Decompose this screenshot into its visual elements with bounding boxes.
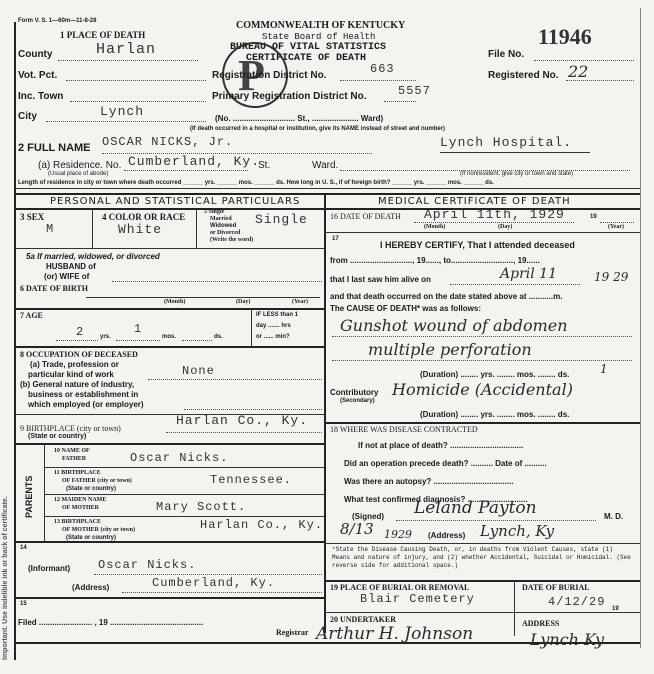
color-label: 4 COLOR OR RACE (102, 212, 185, 222)
reg-district-label: Registration District No. (212, 70, 326, 81)
attended-from-to: from ............................, 19...… (330, 256, 540, 265)
or-min-label: or ...... min? (256, 334, 290, 340)
employer-line (184, 409, 322, 410)
occupation-a-2: particular kind of work (28, 370, 114, 379)
inc-town-label: Inc. Town (18, 91, 63, 102)
divider (324, 422, 640, 424)
death-certificate: Form V. S. 1—60m—11-8-28 1 PLACE OF DEAT… (0, 0, 654, 674)
cause-label: The CAUSE OF DEATH* was as follows: (330, 304, 481, 313)
informant-number: 14 (20, 545, 27, 551)
burial-place-value: Blair Cemetery (360, 592, 475, 606)
mother-bp-label-2: OF MOTHER (city or town) (62, 527, 135, 533)
file-no-line (534, 60, 634, 61)
occupation-b-2: business or establishment in (28, 390, 138, 399)
marital-label-5: (Write the word) (210, 237, 253, 243)
death-time-line: and that death occurred on the date stat… (330, 292, 563, 301)
divider (16, 346, 324, 348)
age-mos-label: mos. (162, 334, 176, 340)
cause-line-2 (332, 360, 632, 361)
age-months-line (116, 340, 160, 341)
full-name-label: 2 FULL NAME (18, 142, 91, 154)
year-line (600, 222, 634, 223)
reg-district-line (340, 80, 416, 81)
mother-label-1: 12 MAIDEN NAME (54, 497, 106, 503)
mother-birthplace-value: Harlan Co., Ky. (200, 518, 323, 532)
primary-reg-line (384, 101, 416, 102)
signed-date: 8/13 (340, 520, 374, 538)
signed-address-value: Lynch, Ky (480, 522, 554, 540)
residence-line (124, 170, 248, 171)
dob-year-label: (Year) (292, 299, 308, 305)
marital-label-4: or Divorced (210, 230, 240, 236)
primary-reg-value: 5557 (398, 84, 431, 98)
hospital-value: Lynch Hospital. (440, 135, 572, 150)
divider (16, 443, 324, 445)
dod-month-label: (Month) (424, 224, 445, 230)
mother-label-2: OF MOTHER (62, 505, 99, 511)
informant-address-label: (Address) (72, 583, 109, 592)
column-divider (324, 193, 326, 633)
spouse-label-1: 5a If married, widowed, or divorced (26, 252, 160, 261)
spouse-line (112, 281, 322, 282)
divider (44, 516, 324, 517)
city-value: Lynch (100, 104, 144, 119)
informant-value: Oscar Nicks. (98, 558, 196, 572)
street-ward-line: (No. ............................ St., .… (215, 114, 383, 123)
occupation-label: 8 OCCUPATION OF DECEASED (20, 350, 138, 359)
divider (44, 443, 45, 541)
divider (16, 541, 324, 543)
contributory-label: Contributory (330, 388, 378, 397)
occupation-b-3: which employed (or employer) (28, 400, 144, 409)
father-bp-label-2: OF FATHER (city or town) (62, 478, 132, 484)
filed-number: 15 (20, 601, 27, 607)
physician-signature: Leland Payton (414, 498, 537, 518)
divider (324, 580, 640, 582)
street-label: St. (258, 160, 270, 171)
date-of-death-label: 16 DATE OF DEATH (330, 212, 401, 221)
residence-value: Cumberland, Ky. (128, 154, 260, 169)
mother-bp-label-1: 13 BIRTHPLACE (54, 519, 101, 525)
nonresident-note: (If nonresident, give city or town and s… (460, 171, 573, 177)
marital-label-2: Married (210, 216, 232, 222)
hospital-note: (If death occurred in a hospital or inst… (190, 126, 445, 132)
occupation-a-1: (a) Trade, profession or (30, 360, 119, 369)
registered-no-value: 22 (568, 62, 588, 81)
spouse-label-2: HUSBAND of (46, 262, 96, 271)
divider (324, 612, 640, 613)
personal-heading: PERSONAL AND STATISTICAL PARTICULARS (50, 196, 300, 207)
burial-date-value: 4/12/29 (548, 595, 605, 609)
occupation-value: None (182, 364, 215, 378)
father-label-2: FATHER (62, 456, 86, 462)
certify-text: I HEREBY CERTIFY, That I attended deceas… (380, 240, 575, 250)
informant-line (94, 574, 322, 575)
place-of-death-heading: 1 PLACE OF DEATH (60, 30, 145, 40)
mother-value: Mary Scott. (156, 500, 246, 514)
left-border (14, 22, 16, 660)
primary-reg-label: Primary Registration District No. (212, 91, 366, 102)
less-than-label: IF LESS than 1 (256, 312, 298, 318)
father-value: Oscar Nicks. (130, 451, 228, 465)
cause-primary-2: multiple perforation (368, 340, 532, 359)
item-18-label: 18 WHERE WAS DISEASE CONTRACTED (330, 425, 478, 434)
birthplace-sub: (State or country) (28, 433, 86, 440)
dod-day-label: (Day) (498, 224, 512, 230)
cause-primary-1: Gunshot wound of abdomen (340, 316, 568, 335)
secondary-label: (Secondary) (340, 398, 375, 404)
county-label: County (18, 49, 52, 60)
age-label: 7 AGE (20, 311, 43, 320)
residence-label: (a) Residence. No. (38, 160, 121, 171)
undertaker-signature: Arthur H. Johnson (316, 624, 473, 644)
divider (16, 188, 640, 189)
birthplace-value: Harlan Co., Ky. (176, 413, 308, 428)
vot-pct-label: Vot. Pct. (18, 70, 57, 81)
divider (16, 308, 324, 310)
margin-note: Important. Use indelible ink or back of … (2, 496, 9, 660)
md-label: M. D. (604, 512, 623, 521)
registrar-label: Registrar (276, 628, 308, 637)
divider (196, 208, 197, 248)
occupation-line (148, 379, 322, 380)
hospital-line (440, 152, 590, 153)
father-label-1: 10 NAME OF (54, 448, 90, 454)
age-years-value: 2 (76, 325, 84, 339)
question-operation: Did an operation precede death? ........… (344, 459, 547, 468)
last-saw-label: that I last saw him alive on (330, 275, 431, 284)
reg-district-value: 663 (370, 62, 395, 76)
informant-label: (Informant) (28, 564, 70, 573)
age-ds-label: ds. (214, 334, 223, 340)
birthplace-line (166, 432, 322, 433)
signature-line (396, 520, 596, 521)
question-autopsy: Was there an autopsy? ..................… (344, 477, 514, 486)
county-line (58, 60, 198, 61)
age-days-line (182, 340, 212, 341)
signed-address-label: (Address) (428, 531, 465, 540)
full-name-value: OSCAR NICKS, Jr. (102, 135, 233, 149)
date-of-death-line (414, 222, 574, 223)
inc-town-line (70, 101, 206, 102)
marital-label-1: 5 Single (204, 209, 224, 215)
informant-address-line (122, 592, 322, 593)
medical-heading: MEDICAL CERTIFICATE OF DEATH (378, 196, 571, 207)
sex-value: M (46, 222, 54, 236)
last-saw-value: April 11 (500, 266, 557, 282)
divider (251, 308, 252, 346)
item-17-number: 17 (332, 236, 339, 242)
city-label: City (18, 111, 37, 122)
last-saw-line (450, 284, 580, 285)
date-of-death-value: April 11th, 1929 (424, 207, 565, 222)
undertaker-address-label: ADDRESS (522, 619, 559, 628)
filed-line: Filed ........................ , 19 ....… (18, 618, 203, 627)
cause-line-1 (332, 336, 632, 337)
cause-footnote: *State the Disease Causing Death, or, in… (332, 546, 632, 570)
duration-line-1: (Duration) ........ yrs. ........ mos. .… (420, 370, 569, 379)
divider (92, 208, 93, 248)
marital-value: Single (255, 212, 308, 227)
dob-month-label: (Month) (164, 299, 185, 305)
spouse-label-3: (or) WIFE of (44, 272, 89, 281)
divider (16, 597, 324, 599)
contributory-value: Homicide (Accidental) (392, 380, 573, 399)
dob-line (86, 297, 320, 298)
dob-day-label: (Day) (236, 299, 250, 305)
marital-label-3: Widowed (210, 223, 236, 229)
file-number: 11946 (538, 24, 592, 50)
duration-days: 1 (600, 362, 608, 376)
county-value: Harlan (96, 41, 156, 58)
birthplace-label: 9 BIRTHPLACE (city or town) (20, 424, 121, 433)
signed-year: 1929 (384, 528, 412, 541)
father-bp-label-1: 11 BIRTHPLACE (54, 470, 101, 476)
vot-pct-line (66, 80, 206, 81)
day-hrs-label: day ....... hrs (256, 323, 291, 329)
form-code: Form V. S. 1—60m—11-8-28 (18, 18, 96, 24)
divider (44, 467, 324, 468)
divider (514, 580, 515, 636)
burial-date-label: DATE OF BURIAL (522, 583, 590, 592)
dob-label: 6 DATE OF BIRTH (20, 284, 88, 293)
sex-label: 3 SEX (20, 212, 44, 222)
divider (324, 543, 640, 544)
burial-place-label: 19 PLACE OF BURIAL OR REMOVAL (330, 583, 469, 592)
informant-address-value: Cumberland, Ky. (152, 576, 275, 590)
parents-label: PARENTS (24, 476, 34, 518)
father-bp-label-3: (State or country) (66, 486, 116, 492)
divider (16, 248, 324, 249)
header-board: State Board of Health (262, 32, 375, 42)
age-yrs-label: yrs. (100, 334, 111, 340)
question-place: If not at place of death? ..............… (358, 441, 523, 450)
length-of-residence: Length of residence in city or town wher… (18, 180, 494, 186)
last-saw-year: 19 29 (594, 270, 628, 284)
undertaker-address-value: Lynch Ky (530, 630, 604, 649)
registered-no-label: Registered No. (488, 70, 559, 81)
right-edge (640, 8, 641, 648)
divider (44, 494, 324, 495)
undertaker-label: 20 UNDERTAKER (330, 615, 396, 624)
divider (16, 193, 640, 195)
age-months-value: 1 (134, 322, 142, 336)
city-line (46, 121, 206, 122)
header-commonwealth: COMMONWEALTH OF KENTUCKY (236, 20, 405, 31)
ward-label: Ward. (312, 160, 338, 171)
divider (324, 232, 640, 233)
occupation-b-1: (b) General nature of industry, (20, 380, 134, 389)
dod-year-label: (Year) (608, 224, 624, 230)
file-no-label: File No. (488, 49, 524, 60)
age-years-line (56, 340, 98, 341)
abode-note: (Usual place of abode) (48, 171, 108, 177)
duration-line-2: (Duration) ........ yrs. ........ mos. .… (420, 410, 569, 419)
date-of-death-19: 19 (590, 214, 597, 220)
color-value: White (118, 222, 162, 237)
father-birthplace-value: Tennessee. (210, 473, 292, 487)
